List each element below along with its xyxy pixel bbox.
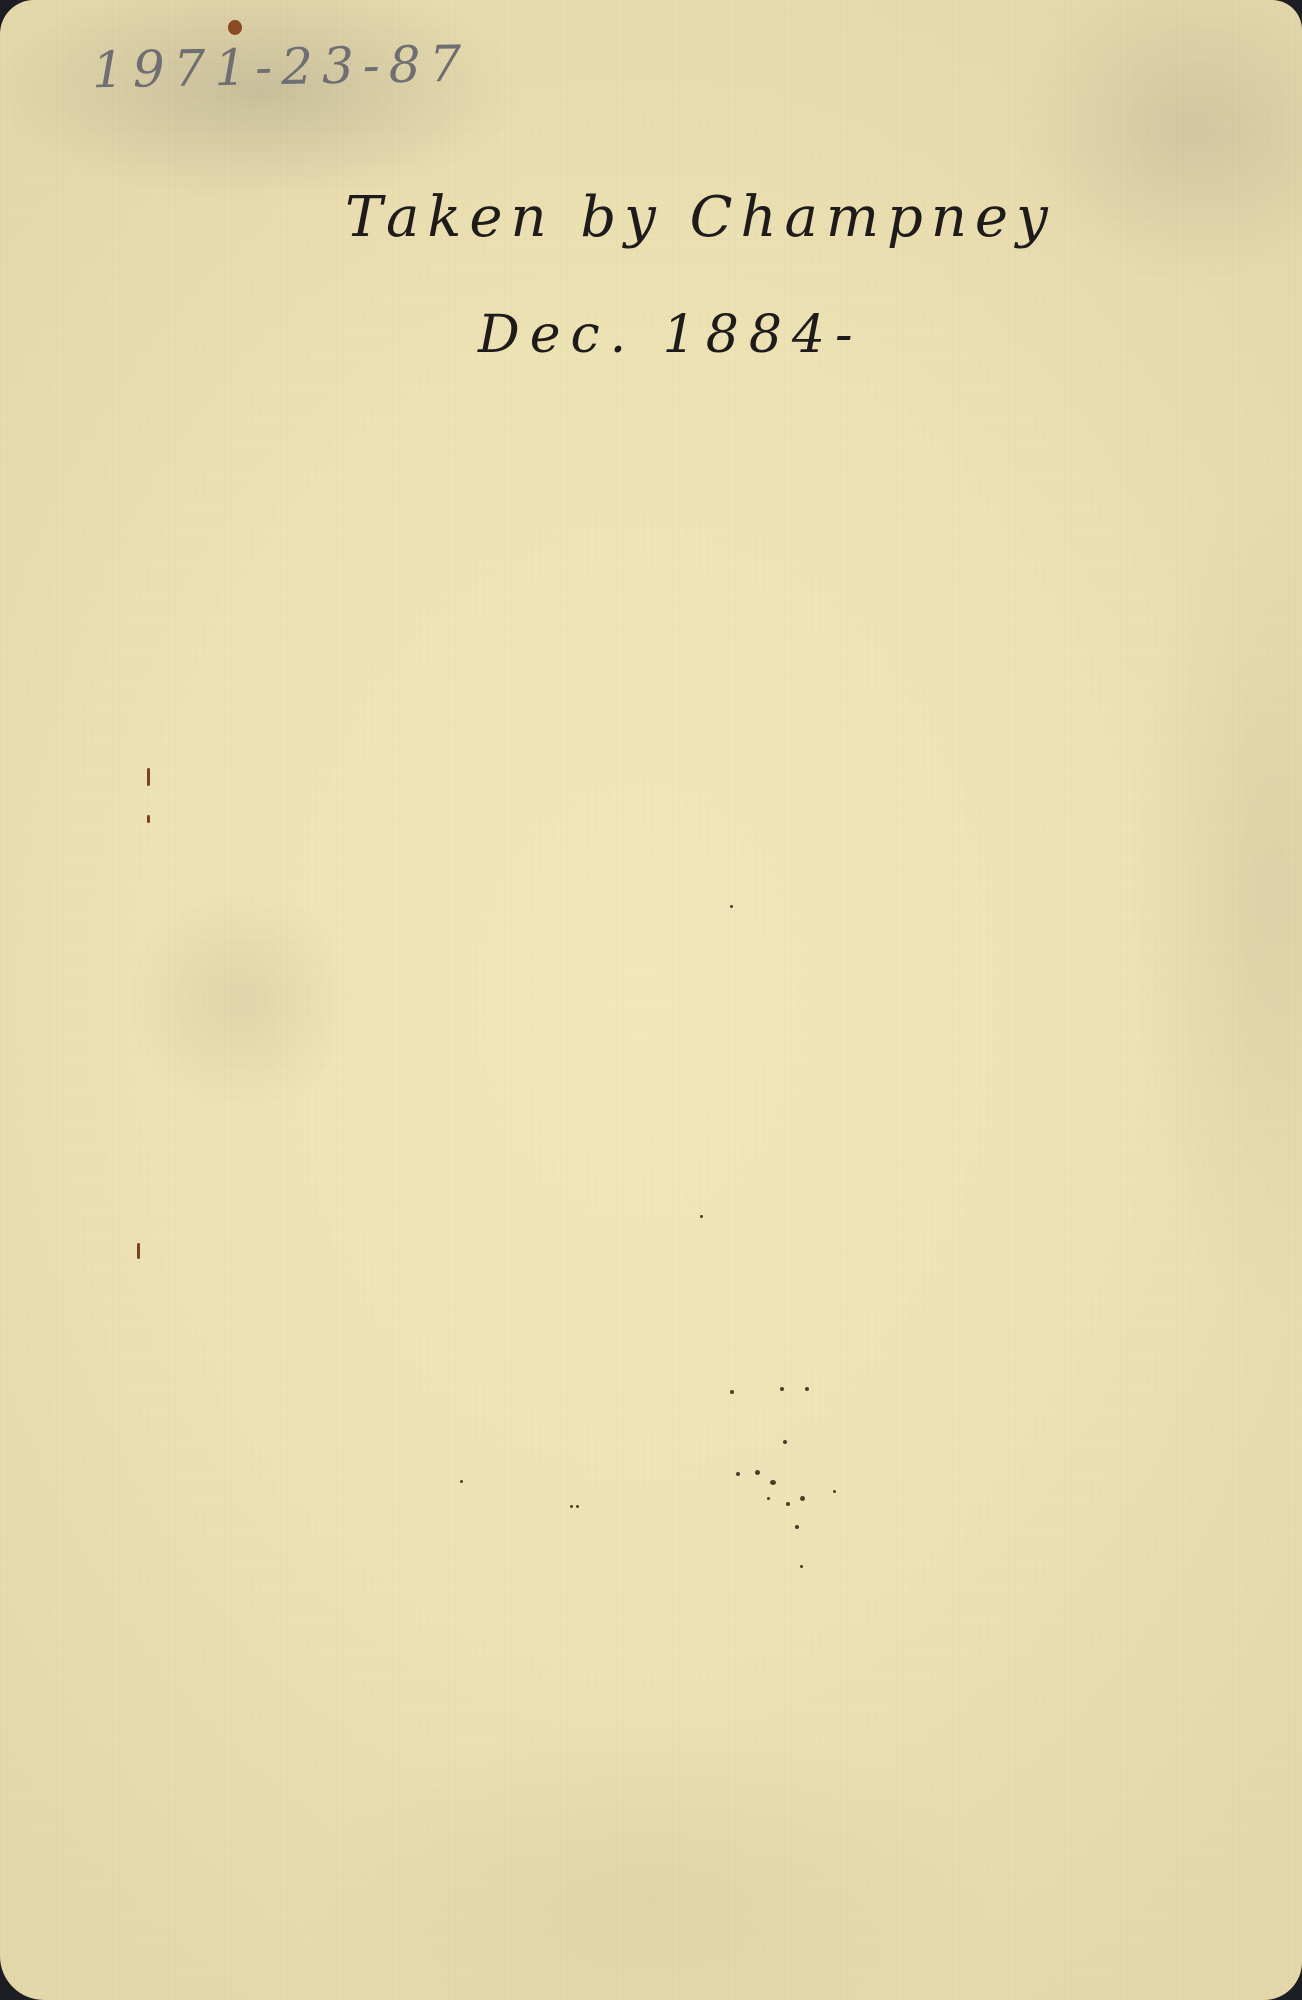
foxing-spot: [770, 1480, 776, 1485]
foxing-mark: [137, 1243, 140, 1259]
foxing-spot: [730, 905, 733, 908]
rust-spot: [228, 20, 242, 35]
foxing-spot: [800, 1565, 803, 1568]
accession-number: 1971-23-87: [92, 35, 471, 100]
foxing-mark: [147, 768, 150, 786]
foxing-spot: [755, 1470, 760, 1475]
foxing-spot: [780, 1387, 784, 1391]
inscription-photographer: Taken by Champney: [345, 185, 1056, 250]
foxing-spot: [570, 1505, 573, 1508]
foxing-spot: [730, 1390, 734, 1394]
foxing-spot: [833, 1490, 836, 1493]
paper-texture: [0, 0, 1302, 2000]
foxing-spot: [767, 1497, 770, 1500]
foxing-spot: [800, 1496, 805, 1501]
foxing-spot: [576, 1505, 579, 1508]
foxing-spot: [795, 1525, 799, 1529]
foxing-spot: [786, 1502, 790, 1506]
foxing-spot: [805, 1387, 809, 1391]
foxing-spot: [460, 1480, 463, 1483]
foxing-spot: [783, 1440, 787, 1444]
foxing-mark: [147, 815, 150, 823]
foxing-spot: [736, 1472, 740, 1476]
foxing-spot: [700, 1215, 703, 1218]
inscription-date: Dec. 1884-: [478, 305, 863, 365]
photo-card-back: 1971-23-87 Taken by Champney Dec. 1884-: [0, 0, 1302, 2000]
